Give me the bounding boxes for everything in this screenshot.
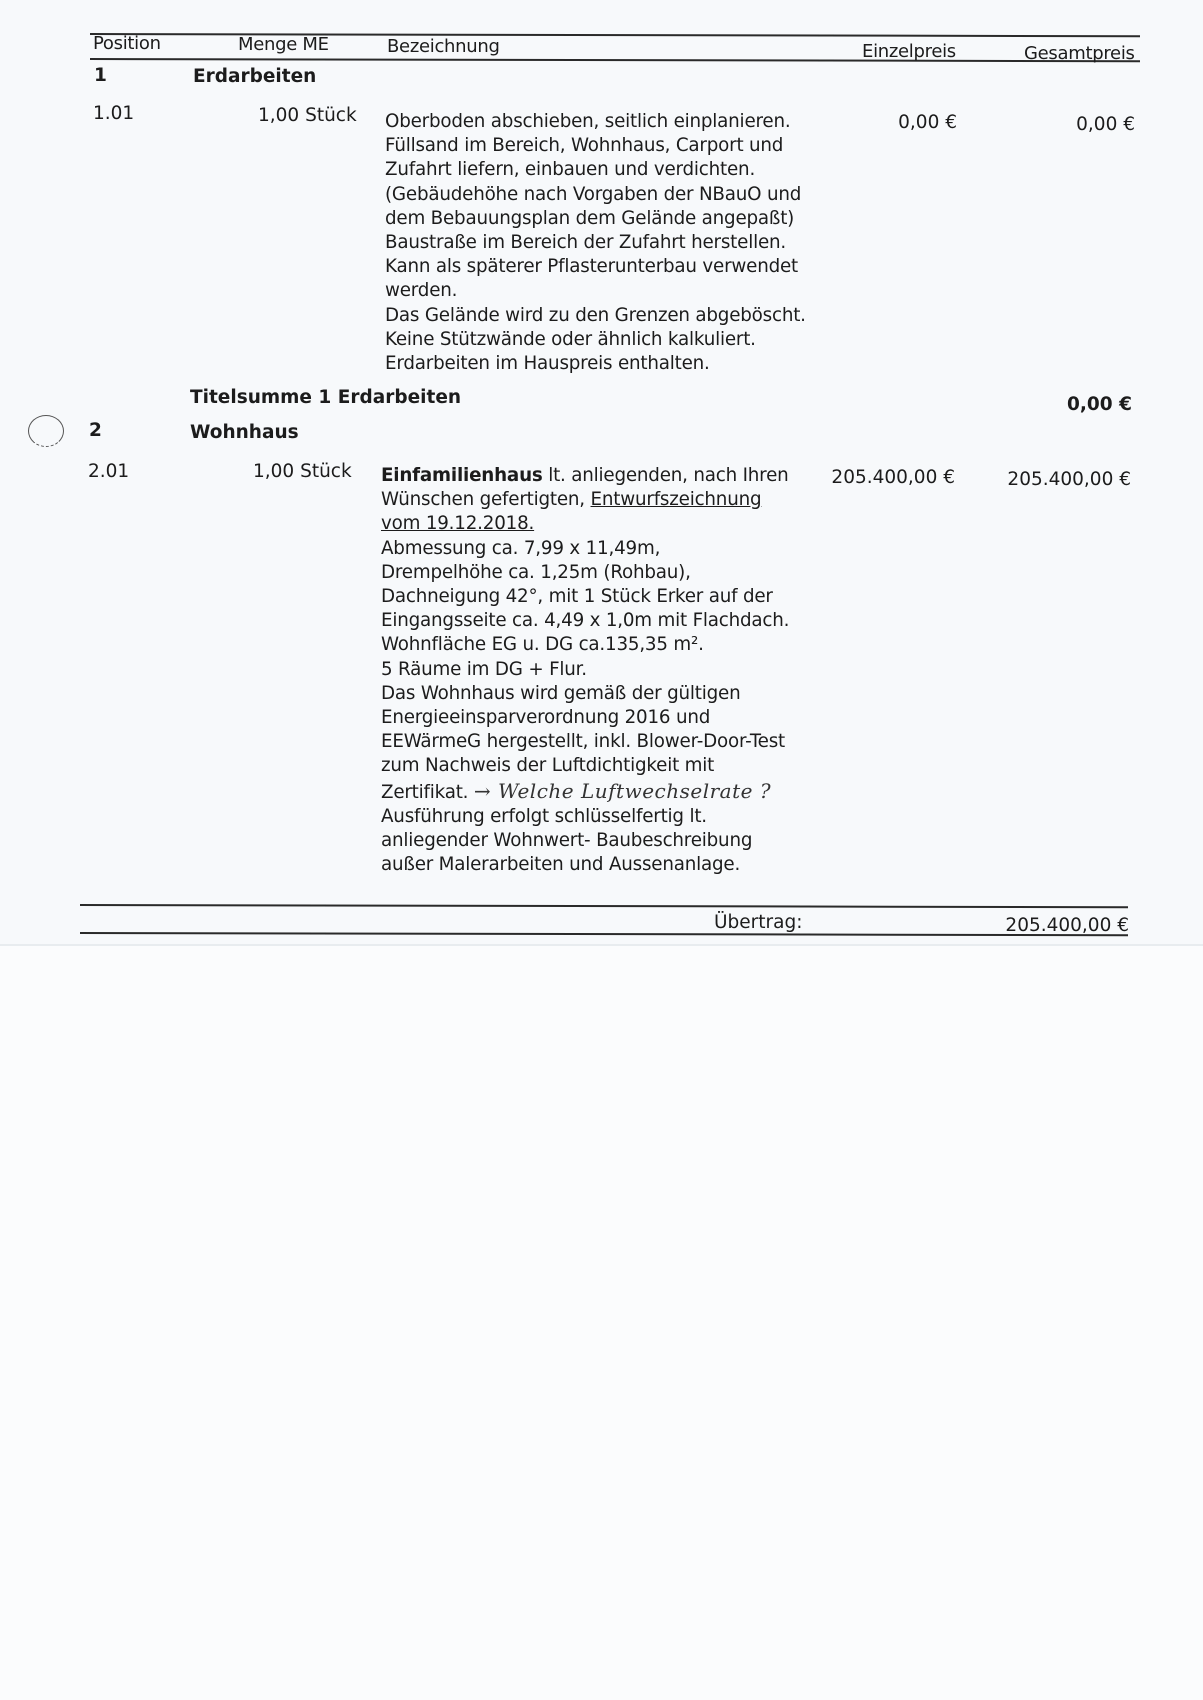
description-line: außer Malerarbeiten und Aussenanlage.: [381, 853, 789, 877]
item-quantity: 1,00 Stück: [258, 105, 357, 126]
description-line: Das Gelände wird zu den Grenzen abgebösc…: [385, 304, 806, 328]
description-line: zum Nachweis der Luftdichtigkeit mit: [381, 754, 789, 778]
section-number: 1: [94, 65, 107, 86]
item-quantity: 1,00 Stück: [253, 461, 352, 482]
section-title: Wohnhaus: [190, 422, 299, 443]
description-line: Kann als späterer Pflasterunterbau verwe…: [385, 255, 806, 279]
page-edge: [0, 944, 1203, 946]
description-line: Keine Stützwände oder ähnlich kalkuliert…: [385, 328, 806, 352]
column-header-bezeichnung: Bezeichnung: [387, 36, 500, 57]
carry-over-value: 205.400,00 €: [1005, 915, 1129, 936]
drawing-reference: Entwurfszeichnung: [591, 489, 762, 510]
description-line: Wünschen gefertigten, Entwurfszeichnung: [381, 488, 789, 512]
product-name: Einfamilienhaus: [381, 465, 543, 486]
description-line: (Gebäudehöhe nach Vorgaben der NBauO und: [385, 183, 806, 207]
description-line: Energieeinsparverordnung 2016 und: [381, 706, 789, 730]
column-header-menge: Menge ME: [238, 34, 329, 55]
drawing-date: vom 19.12.2018.: [381, 512, 789, 536]
description-line: Zufahrt liefern, einbauen und verdichten…: [385, 158, 806, 182]
description-line: Eingangsseite ca. 4,49 x 1,0m mit Flachd…: [381, 609, 789, 633]
section-subtotal-label: Titelsumme 1 Erdarbeiten: [190, 387, 461, 408]
item-unit-price: 0,00 €: [898, 112, 957, 133]
item-total-price: 205.400,00 €: [1007, 469, 1131, 490]
description-line: EEWärmeG hergestellt, inkl. Blower-Door-…: [381, 730, 789, 754]
description-line: Abmessung ca. 7,99 x 11,49m,: [381, 537, 789, 561]
description-line: anliegender Wohnwert- Baubeschreibung: [381, 829, 789, 853]
column-header-position: Position: [93, 33, 161, 54]
item-unit-price: 205.400,00 €: [831, 467, 955, 488]
description-line: Baustraße im Bereich der Zufahrt herstel…: [385, 231, 806, 255]
description-line: Ausführung erfolgt schlüsselfertig lt.: [381, 805, 789, 829]
section-subtotal-value: 0,00 €: [1067, 394, 1132, 415]
punch-hole-mark: [28, 415, 64, 447]
description-line: Drempelhöhe ca. 1,25m (Rohbau),: [381, 561, 789, 585]
description-line: 5 Räume im DG + Flur.: [381, 658, 789, 682]
item-description: Einfamilienhaus lt. anliegenden, nach Ih…: [381, 464, 789, 877]
description-line: Erdarbeiten im Hauspreis enthalten.: [385, 352, 806, 376]
description-line: Zertifikat. → Welche Luftwechselrate ?: [381, 779, 789, 805]
section-title: Erdarbeiten: [193, 66, 316, 87]
carry-over-label: Übertrag:: [714, 912, 802, 933]
description-line: Einfamilienhaus lt. anliegenden, nach Ih…: [381, 464, 789, 488]
description-line: Oberboden abschieben, seitlich einplanie…: [385, 110, 806, 134]
column-header-gesamtpreis: Gesamtpreis: [1024, 43, 1135, 64]
description-line: Dachneigung 42°, mit 1 Stück Erker auf d…: [381, 585, 789, 609]
item-total-price: 0,00 €: [1076, 114, 1135, 135]
item-position: 1.01: [93, 103, 134, 124]
description-line: Das Wohnhaus wird gemäß der gültigen: [381, 682, 789, 706]
description-line: Füllsand im Bereich, Wohnhaus, Carport u…: [385, 134, 806, 158]
handwritten-note: → Welche Luftwechselrate ?: [474, 779, 771, 803]
description-line: dem Bebauungsplan dem Gelände angepaßt): [385, 207, 806, 231]
item-description: Oberboden abschieben, seitlich einplanie…: [385, 110, 806, 376]
column-header-einzelpreis: Einzelpreis: [862, 41, 956, 62]
description-line: werden.: [385, 279, 806, 303]
description-line: Wohnfläche EG u. DG ca.135,35 m².: [381, 633, 789, 657]
item-position: 2.01: [88, 461, 129, 482]
section-number: 2: [89, 420, 102, 441]
